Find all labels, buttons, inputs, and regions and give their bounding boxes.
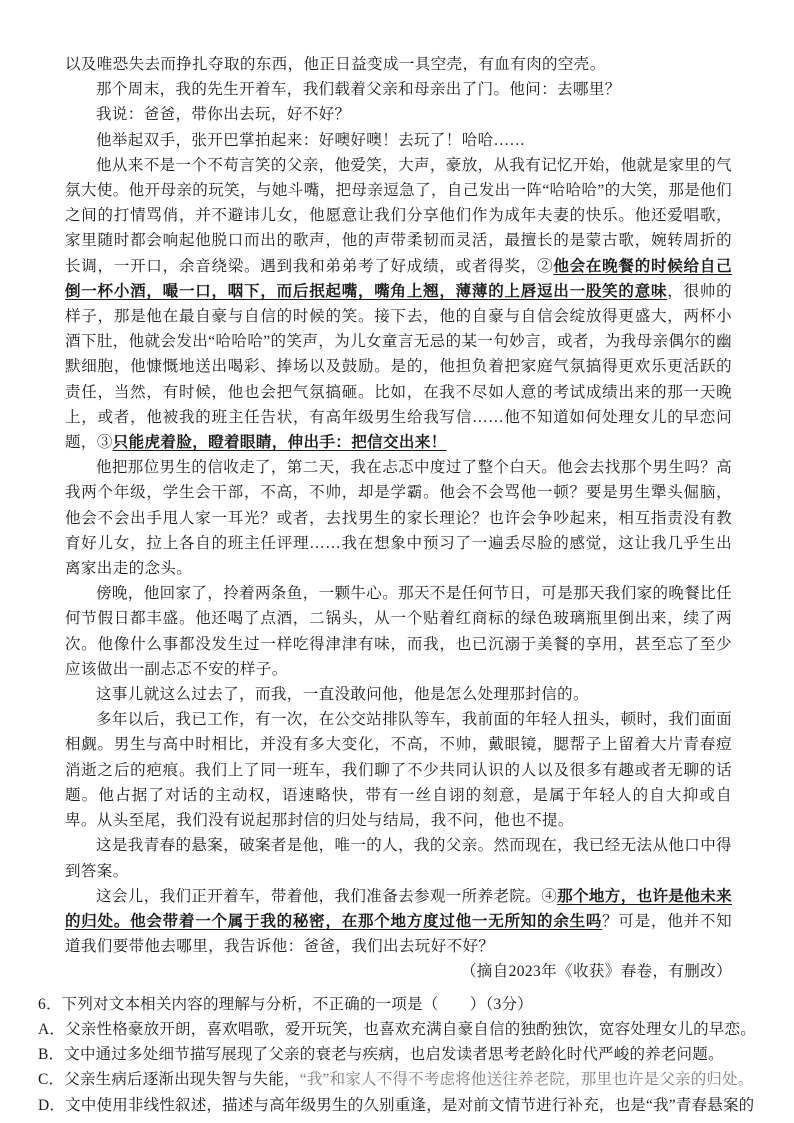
question-options: A．父亲性格豪放开朗，喜欢唱歌，爱开玩笑，也喜欢充满自豪自信的独酌独饮，宽容处理…: [38, 1017, 768, 1118]
circled-number-marker: ②: [537, 258, 553, 275]
reading-passage: 以及唯恐失去而挣扎夺取的东西，他正日益变成一具空壳，有血有肉的空壳。那个周末，我…: [65, 52, 732, 985]
article-paragraph: 傍晚，他回家了，拎着两条鱼，一颗牛心。那天不是任何节日，可是那天我们家的晚餐比任…: [65, 581, 732, 682]
text-segment: 父亲生病后逐渐出现失智与失能，: [64, 1071, 300, 1088]
text-segment: ，很帅的样子，那是他在最自豪与自信的时候的笑。接下去，他的自豪与自信会绽放得更盛…: [65, 283, 732, 451]
article-paragraph: 多年以后，我已工作，有一次，在公交站排队等车，我前面的年轻人扭头，顿时，我们面面…: [65, 707, 732, 833]
text-segment: 那个周末，我的先生开着车，我们载着父亲和母亲出了门。他问：去哪里？: [96, 81, 621, 98]
article-paragraph: 我说：爸爸，带你出去玩，好不好？: [65, 102, 732, 127]
article-paragraphs: 以及唯恐失去而挣扎夺取的东西，他正日益变成一具空壳，有血有肉的空壳。那个周末，我…: [65, 52, 732, 959]
text-segment: 文中使用非线性叙述，描述与高年级男生的久别重逢，是对前文情节进行补充，也是“我”…: [65, 1097, 754, 1114]
article-paragraph: 这是我青春的悬案，破案者是他，唯一的人，我的父亲。然而现在，我已经无法从他口中得…: [65, 833, 732, 883]
text-segment: 多年以后，我已工作，有一次，在公交站排队等车，我前面的年轻人扭头，顿时，我们面面…: [65, 711, 732, 829]
text-segment: 以及唯恐失去而挣扎夺取的东西，他正日益变成一具空壳，有血有肉的空壳。: [65, 56, 606, 73]
text-segment: 他把那位男生的信收走了，第二天，我在忐忑中度过了整个白天。他会去找那个男生吗？高…: [65, 459, 732, 577]
muted-text-segment: “我”和家人不得不考虑将他送往养老院，那里也许是父亲的归处。: [300, 1071, 754, 1088]
answer-option: D．文中使用非线性叙述，描述与高年级男生的久别重逢，是对前文情节进行补充，也是“…: [38, 1093, 768, 1118]
option-label: C．: [38, 1071, 64, 1088]
text-segment: 我说：爸爸，带你出去玩，好不好？: [96, 106, 350, 123]
article-paragraph: 以及唯恐失去而挣扎夺取的东西，他正日益变成一具空壳，有血有肉的空壳。: [65, 52, 732, 77]
article-paragraph: 他从来不是一个不苟言笑的父亲，他爱笑，大声，豪放，从我有记忆开始，他就是家里的气…: [65, 153, 732, 455]
exam-page: 以及唯恐失去而挣扎夺取的东西，他正日益变成一具空壳，有血有肉的空壳。那个周末，我…: [0, 0, 794, 1123]
question-stem: 6．下列对文本相关内容的理解与分析，不正确的一项是（ ）（3分）: [38, 992, 768, 1017]
text-segment: 这是我青春的悬案，破案者是他，唯一的人，我的父亲。然而现在，我已经无法从他口中得…: [65, 837, 732, 879]
text-segment: 这事儿就这么过去了，而我，一直没敢问他，他是怎么处理那封信的。: [96, 686, 589, 703]
circled-number-marker: ④: [541, 888, 557, 905]
text-segment: 这会儿，我们正开着车，带着他，我们准备去参观一所养老院。: [96, 888, 541, 905]
answer-option: A．父亲性格豪放开朗，喜欢唱歌，爱开玩笑，也喜欢充满自豪自信的独酌独饮，宽容处理…: [38, 1017, 768, 1042]
article-paragraph: 这会儿，我们正开着车，带着他，我们准备去参观一所养老院。④那个地方，也许是他未来…: [65, 884, 732, 960]
article-paragraph: 他把那位男生的信收走了，第二天，我在忐忑中度过了整个白天。他会去找那个男生吗？高…: [65, 455, 732, 581]
text-segment: 父亲性格豪放开朗，喜欢唱歌，爱开玩笑，也喜欢充满自豪自信的独酌独饮，宽容处理女儿…: [65, 1021, 756, 1038]
text-segment: 傍晚，他回家了，拎着两条鱼，一颗牛心。那天不是任何节日，可是那天我们家的晚餐比任…: [65, 585, 732, 678]
article-paragraph: 这事儿就这么过去了，而我，一直没敢问他，他是怎么处理那封信的。: [65, 682, 732, 707]
circled-number-marker: ③: [97, 434, 113, 451]
answer-option: C．父亲生病后逐渐出现失智与失能，“我”和家人不得不考虑将他送往养老院，那里也许…: [38, 1067, 768, 1092]
text-segment: 他举起双手，张开巴掌拍起来：好噢好噢！去玩了！哈哈……: [96, 132, 525, 149]
text-segment: 文中通过多处细节描写展现了父亲的衰老与疾病，也启发读者思考老龄化时代严峻的养老问…: [64, 1046, 723, 1063]
option-label: A．: [38, 1021, 65, 1038]
article-paragraph: 他举起双手，张开巴掌拍起来：好噢好噢！去玩了！哈哈……: [65, 128, 732, 153]
underlined-sentence: 只能虎着脸，瞪着眼睛，伸出手：把信交出来！: [113, 434, 447, 451]
question-block: 6．下列对文本相关内容的理解与分析，不正确的一项是（ ）（3分） A．父亲性格豪…: [38, 992, 768, 1118]
option-label: B．: [38, 1046, 64, 1063]
article-paragraph: 那个周末，我的先生开着车，我们载着父亲和母亲出了门。他问：去哪里？: [65, 77, 732, 102]
source-attribution: （摘自2023年《收获》春卷，有删改）: [65, 959, 732, 984]
answer-option: B．文中通过多处细节描写展现了父亲的衰老与疾病，也启发读者思考老龄化时代严峻的养…: [38, 1042, 768, 1067]
option-label: D．: [38, 1097, 65, 1114]
